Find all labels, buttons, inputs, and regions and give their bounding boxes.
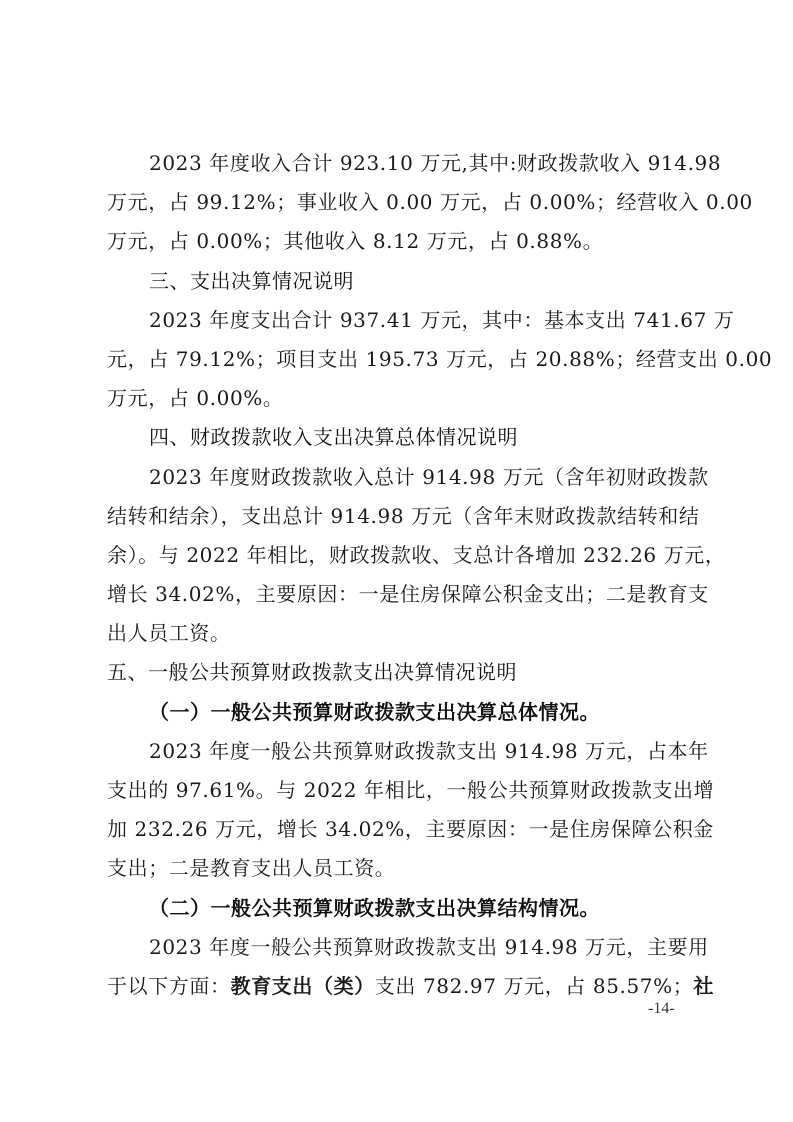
paragraph-expenditure-summary: 2023 年度支出合计 937.41 万元，其中：基本支出 741.67 万 元… [107, 301, 692, 419]
page-number: -14- [648, 1000, 675, 1018]
text-span: 于以下方面： [107, 974, 231, 998]
paragraph-general-budget-overall: 2023 年度一般公共预算财政拨款支出 914.98 万元，占本年 支出的 97… [107, 732, 692, 889]
text-line: 2023 年度一般公共预算财政拨款支出 914.98 万元，主要用 [107, 928, 692, 967]
text-line: 万元，占 99.12%；事业收入 0.00 万元，占 0.00%；经营收入 0.… [107, 183, 692, 222]
document-page: 2023 年度收入合计 923.10 万元,其中:财政拨款收入 914.98 万… [107, 144, 692, 1006]
text-line: 增长 34.02%，主要原因：一是住房保障公积金支出；二是教育支 [107, 575, 692, 614]
text-line: 余）。与 2022 年相比，财政拨款收、支总计各增加 232.26 万元， [107, 536, 692, 575]
text-line: 支出的 97.61%。与 2022 年相比，一般公共预算财政拨款支出增 [107, 771, 692, 810]
subheading-general-budget-overall: （一）一般公共预算财政拨款支出决算总体情况。 [107, 693, 692, 732]
text-line: 支出；二是教育支出人员工资。 [107, 849, 692, 888]
text-line: 结转和结余），支出总计 914.98 万元（含年末财政拨款结转和结 [107, 497, 692, 536]
text-line: 万元，占 0.00%。 [107, 379, 692, 418]
text-line: 2023 年度一般公共预算财政拨款支出 914.98 万元，占本年 [107, 732, 692, 771]
text-line: 加 232.26 万元，增长 34.02%，主要原因：一是住房保障公积金 [107, 810, 692, 849]
text-line: 元，占 79.12%；项目支出 195.73 万元，占 20.88%；经营支出 … [107, 340, 692, 379]
text-span: 支出 782.97 万元，占 85.57%； [375, 974, 694, 998]
subheading-general-budget-structure: （二）一般公共预算财政拨款支出决算结构情况。 [107, 889, 692, 928]
bold-category-continuation: 社 [693, 974, 714, 998]
section-heading-general-budget: 五、一般公共预算财政拨款支出决算情况说明 [107, 653, 692, 692]
paragraph-fiscal-overall: 2023 年度财政拨款收入总计 914.98 万元（含年初财政拨款 结转和结余）… [107, 458, 692, 654]
text-line: 2023 年度财政拨款收入总计 914.98 万元（含年初财政拨款 [107, 458, 692, 497]
section-heading-fiscal-overall: 四、财政拨款收入支出决算总体情况说明 [107, 418, 692, 457]
text-line: 2023 年度支出合计 937.41 万元，其中：基本支出 741.67 万 [107, 301, 692, 340]
paragraph-income-summary: 2023 年度收入合计 923.10 万元,其中:财政拨款收入 914.98 万… [107, 144, 692, 262]
bold-category-education: 教育支出（类） [231, 974, 375, 998]
section-heading-expenditure: 三、支出决算情况说明 [107, 262, 692, 301]
text-line-mixed: 于以下方面：教育支出（类）支出 782.97 万元，占 85.57%；社 [107, 967, 692, 1006]
text-line: 2023 年度收入合计 923.10 万元,其中:财政拨款收入 914.98 [107, 144, 692, 183]
paragraph-general-budget-structure: 2023 年度一般公共预算财政拨款支出 914.98 万元，主要用 于以下方面：… [107, 928, 692, 1006]
text-line: 出人员工资。 [107, 614, 692, 653]
text-line: 万元，占 0.00%；其他收入 8.12 万元，占 0.88%。 [107, 222, 692, 261]
